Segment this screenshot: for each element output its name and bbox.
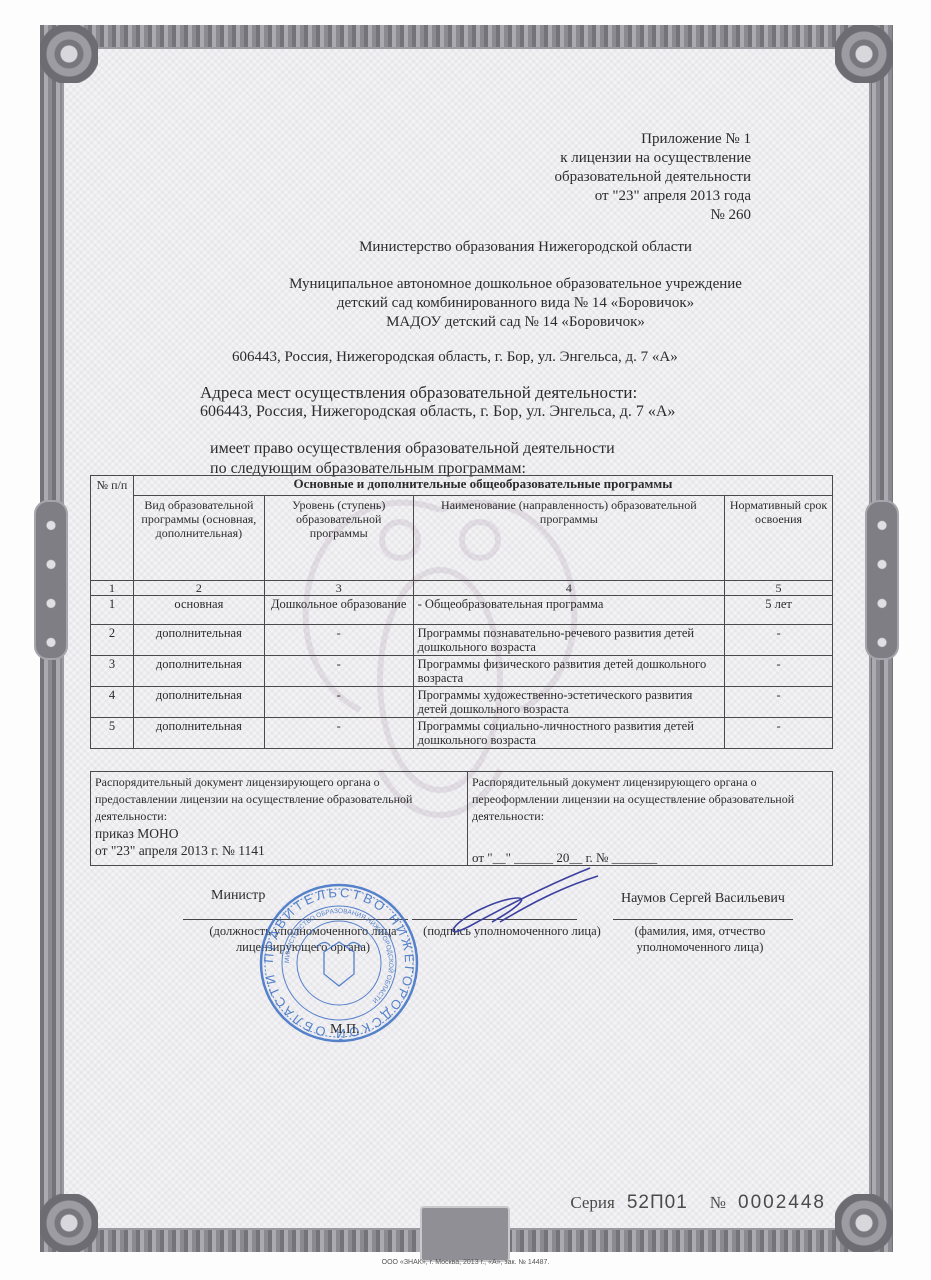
col-header-term: Нормативный срок освоения: [725, 496, 833, 581]
corner-ornament-icon: [40, 25, 98, 83]
org-full-name-2: детский сад комбинированного вида № 14 «…: [100, 294, 931, 313]
corner-ornament-icon: [835, 1194, 893, 1252]
col-header-number: № п/п: [91, 476, 134, 581]
ministry-name: Министерство образования Нижегородской о…: [0, 239, 931, 256]
program-level: Дошкольное образование: [264, 596, 413, 625]
number-label: №: [710, 1193, 726, 1212]
rights-statement: имеет право осуществления образовательно…: [210, 439, 615, 479]
program-type: основная: [133, 596, 264, 625]
column-number-row: 1 2 3 4 5: [91, 581, 833, 596]
decree-issue-date: от "23" апреля 2013 г. № 1141: [95, 842, 463, 859]
official-stamp-icon: ПРАВИТЕЛЬСТВО НИЖЕГОРОДСКОЙ ОБЛАСТИ МИНИ…: [258, 882, 420, 1044]
program-term: -: [725, 687, 833, 718]
appendix-line: Приложение № 1: [555, 130, 752, 149]
corner-ornament-icon: [835, 25, 893, 83]
name-line: [613, 919, 793, 920]
appendix-line: от "23" апреля 2013 года: [555, 187, 752, 206]
column-number: 5: [725, 581, 833, 596]
org-full-name-1: Муниципальное автономное дошкольное обра…: [100, 275, 931, 294]
col-header-name: Наименование (направленность) образовате…: [413, 496, 724, 581]
program-term: -: [725, 718, 833, 749]
corner-ornament-icon: [40, 1194, 98, 1252]
program-level: -: [264, 718, 413, 749]
decree-reissue-title: Распорядительный документ лицензирующего…: [472, 774, 828, 825]
decree-issue-title: Распорядительный документ лицензирующего…: [95, 774, 463, 825]
column-number: 1: [91, 581, 134, 596]
activity-places-title: Адреса мест осуществления образовательно…: [200, 383, 675, 402]
rights-line: имеет право осуществления образовательно…: [210, 439, 615, 459]
program-name: Программы социально-личностного развития…: [413, 718, 724, 749]
org-short-name: МАДОУ детский сад № 14 «Боровичок»: [100, 313, 931, 332]
program-type: дополнительная: [133, 625, 264, 656]
handwritten-signature-icon: [440, 864, 600, 944]
table-row: 3 дополнительная - Программы физического…: [91, 656, 833, 687]
activity-places: Адреса мест осуществления образовательно…: [200, 383, 675, 421]
seal-place-mark: М.П.: [330, 1022, 360, 1038]
program-term: 5 лет: [725, 596, 833, 625]
column-number: 4: [413, 581, 724, 596]
col-header-type: Вид образовательной программы (основная,…: [133, 496, 264, 581]
program-type: дополнительная: [133, 687, 264, 718]
activity-places-address: 606443, Россия, Нижегородская область, г…: [200, 402, 675, 421]
program-type: дополнительная: [133, 718, 264, 749]
column-number: 2: [133, 581, 264, 596]
column-number: 3: [264, 581, 413, 596]
series-label: Серия: [570, 1193, 615, 1212]
organization-name: Муниципальное автономное дошкольное обра…: [0, 275, 931, 332]
side-ornament-icon: [865, 500, 899, 660]
group-header: Основные и дополнительные общеобразовате…: [133, 476, 832, 496]
side-ornament-icon: [34, 500, 68, 660]
row-number: 3: [91, 656, 134, 687]
program-level: -: [264, 625, 413, 656]
row-number: 2: [91, 625, 134, 656]
program-type: дополнительная: [133, 656, 264, 687]
table-row: 4 дополнительная - Программы художествен…: [91, 687, 833, 718]
program-name: - Общеобразовательная программа: [413, 596, 724, 625]
col-header-level: Уровень (ступень) образовательной програ…: [264, 496, 413, 581]
printer-note: ООО «ЗНАК», г. Москва, 2013 г., «А», зак…: [0, 1259, 931, 1266]
table-row: 5 дополнительная - Программы социально-л…: [91, 718, 833, 749]
program-term: -: [725, 625, 833, 656]
signatory-name: Наумов Сергей Васильевич: [621, 891, 785, 907]
table-row: 2 дополнительная - Программы познаватель…: [91, 625, 833, 656]
appendix-line: к лицензии на осуществление: [555, 149, 752, 168]
row-number: 5: [91, 718, 134, 749]
decree-issue: Распорядительный документ лицензирующего…: [91, 772, 468, 865]
appendix-line: образовательной деятельности: [555, 168, 752, 187]
series-value: 52П01: [627, 1192, 688, 1213]
program-name: Программы физического развития детей дош…: [413, 656, 724, 687]
row-number: 1: [91, 596, 134, 625]
decree-box: Распорядительный документ лицензирующего…: [90, 771, 833, 866]
name-caption: (фамилия, имя, отчество уполномоченного …: [600, 923, 800, 955]
program-level: -: [264, 687, 413, 718]
program-name: Программы познавательно-речевого развити…: [413, 625, 724, 656]
appendix-header: Приложение № 1 к лицензии на осуществлен…: [555, 130, 752, 225]
decree-issue-doc: приказ МОНО: [95, 825, 463, 842]
program-name: Программы художественно-эстетического ра…: [413, 687, 724, 718]
legal-address: 606443, Россия, Нижегородская область, г…: [232, 349, 678, 366]
bottom-seal-ornament-icon: [420, 1206, 510, 1262]
number-value: 0002448: [738, 1192, 826, 1213]
table-row: 1 основная Дошкольное образование - Обще…: [91, 596, 833, 625]
decree-reissue: Распорядительный документ лицензирующего…: [468, 772, 832, 865]
form-serial: Серия52П01№0002448: [570, 1192, 826, 1214]
program-term: -: [725, 656, 833, 687]
programs-table: № п/п Основные и дополнительные общеобра…: [90, 475, 833, 749]
appendix-number: № 260: [555, 206, 752, 225]
program-level: -: [264, 656, 413, 687]
row-number: 4: [91, 687, 134, 718]
